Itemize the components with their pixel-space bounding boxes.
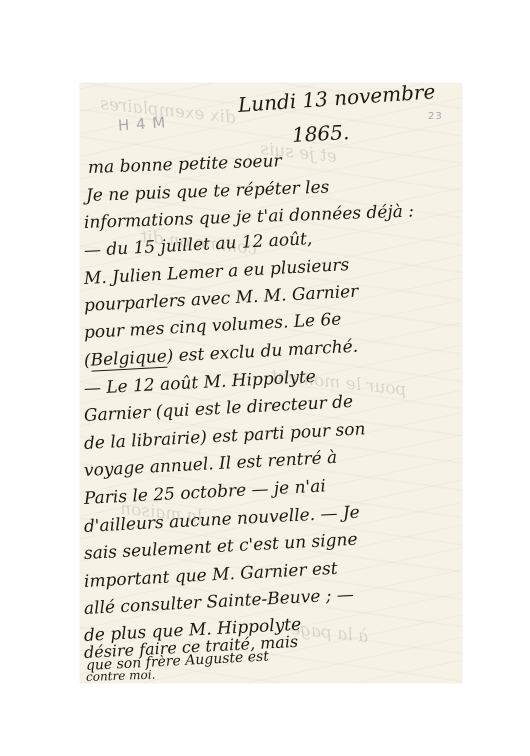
letter-line: voyage annuel. Il est rentré à — [83, 448, 337, 481]
letter-line: Paris le 25 octobre — je n'ai — [83, 476, 326, 509]
closing-line: contre moi. — [86, 668, 156, 683]
letter-page: dix exemplaires et je suis comme on dit … — [80, 83, 462, 683]
letter-line: pour mes cinq volumes. Le 6e — [83, 310, 341, 343]
letter-line: informations que je t'ai données déjà : — [84, 201, 415, 233]
date-line: Lundi 13 novembre — [237, 83, 436, 117]
letter-line: Garnier (qui est le directeur de — [83, 392, 353, 426]
letter-line-underlined: (Belgique) est exclu du marché. — [83, 337, 358, 371]
archival-corner-number: 23 — [428, 111, 443, 122]
year-line: 1865. — [291, 120, 349, 147]
letter-line: allé consulter Sainte-Beuve ; — — [83, 585, 354, 619]
letter-line: Je ne puis que te répéter les — [86, 178, 330, 206]
letter-line: — Le 12 août M. Hippolyte — [83, 367, 316, 399]
underlined-word: Belgique — [90, 347, 167, 372]
salutation: ma bonne petite soeur — [88, 151, 282, 178]
archival-pencil-reference: H 4 M — [117, 113, 166, 134]
